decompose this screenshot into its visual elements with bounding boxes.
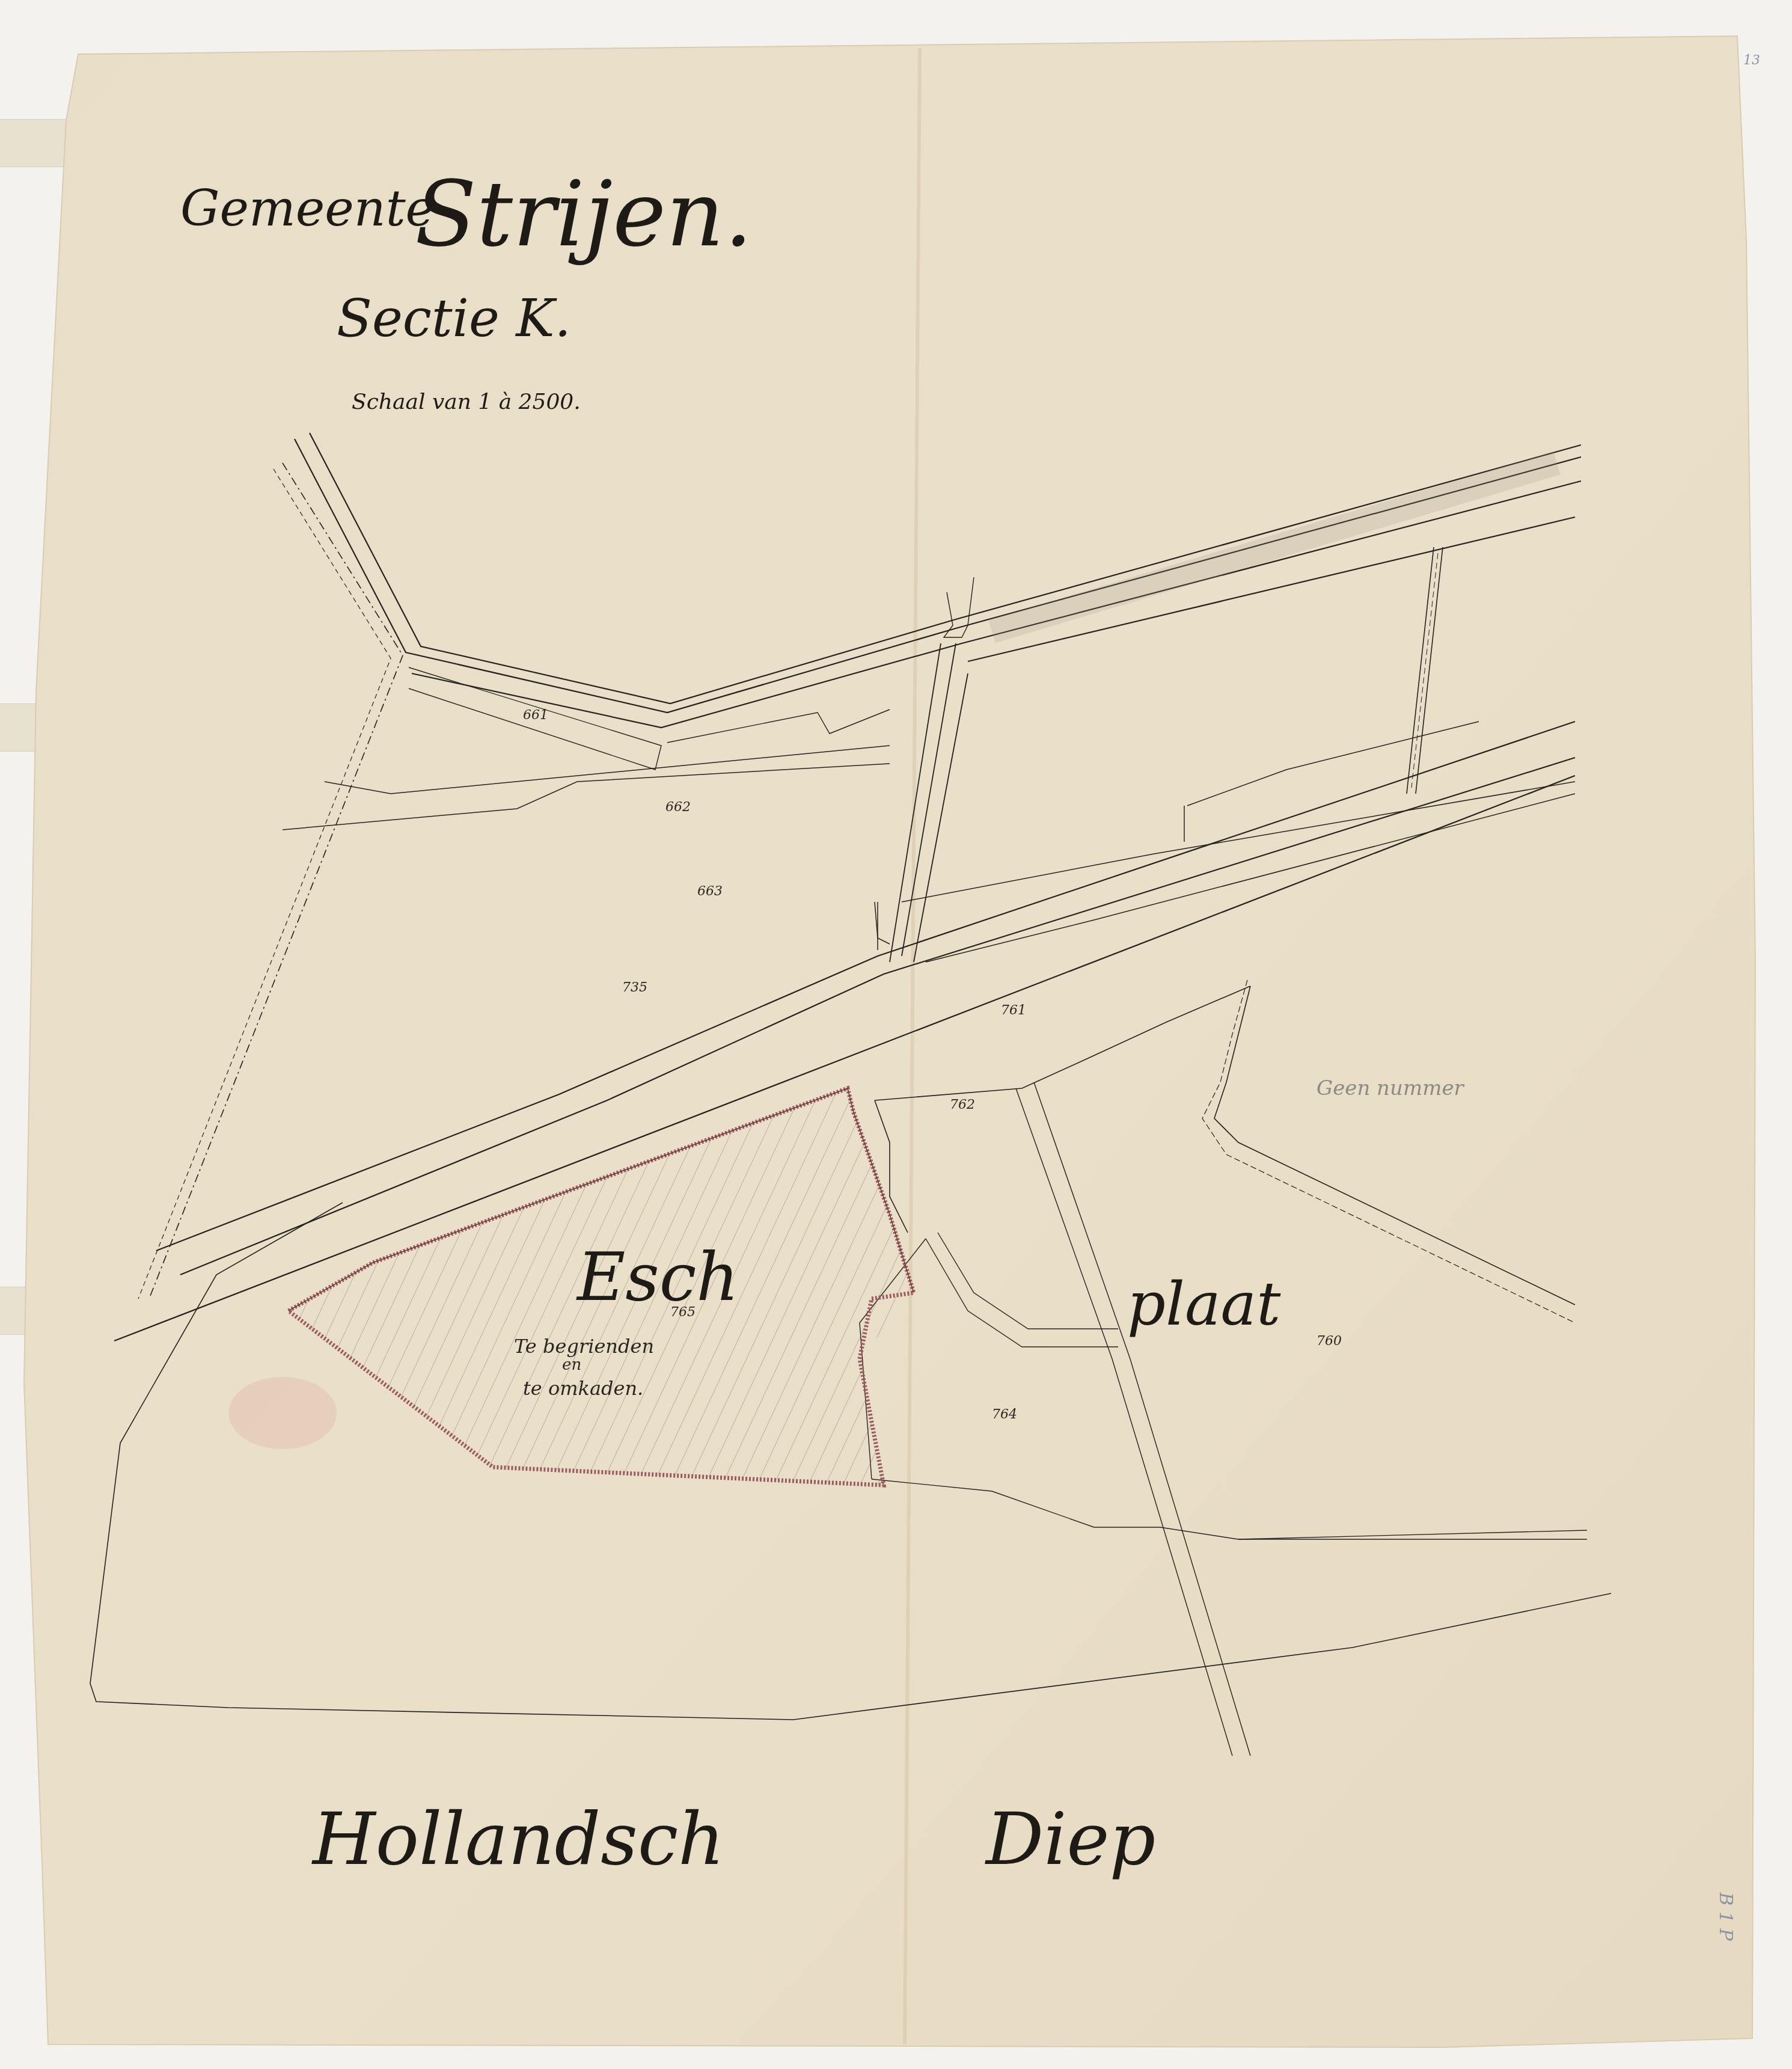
pencil-note: Geen nummer (1316, 1076, 1464, 1100)
municipality-name: Strijen. (415, 162, 753, 267)
title-prefix: Gemeente (180, 180, 435, 238)
section-label: Sectie K. (337, 289, 571, 349)
parcel-number: 661 (523, 708, 548, 723)
parcel-number: 760 (1316, 1334, 1342, 1349)
parcel-number: 762 (950, 1097, 975, 1112)
pencil-note-corner: 13 (1743, 53, 1760, 68)
pencil-note-margin: B 1 P (1715, 1892, 1736, 1940)
annotation-line: en (562, 1356, 581, 1374)
water-name-diep: Diep (986, 1798, 1155, 1881)
parcel-number: 764 (992, 1407, 1017, 1422)
water-name-hollandsch: Hollandsch (313, 1798, 724, 1881)
parcel-number: 662 (665, 800, 691, 815)
parcel-number: 761 (1001, 1003, 1026, 1018)
annotation-line: Te begrienden (514, 1335, 654, 1358)
area-name-plaat: plaat (1127, 1269, 1280, 1339)
parcel-number: 735 (622, 980, 647, 995)
annotation-line: te omkaden. (523, 1377, 643, 1400)
area-name-esch: Esch (577, 1239, 739, 1316)
cadastral-drawing (0, 0, 1792, 2069)
scale-label: Schaal van 1 à 2500. (352, 390, 581, 414)
parcel-number: 663 (697, 884, 723, 899)
map-sheet: Gemeente Strijen. Sectie K. Schaal van 1… (0, 0, 1792, 2069)
